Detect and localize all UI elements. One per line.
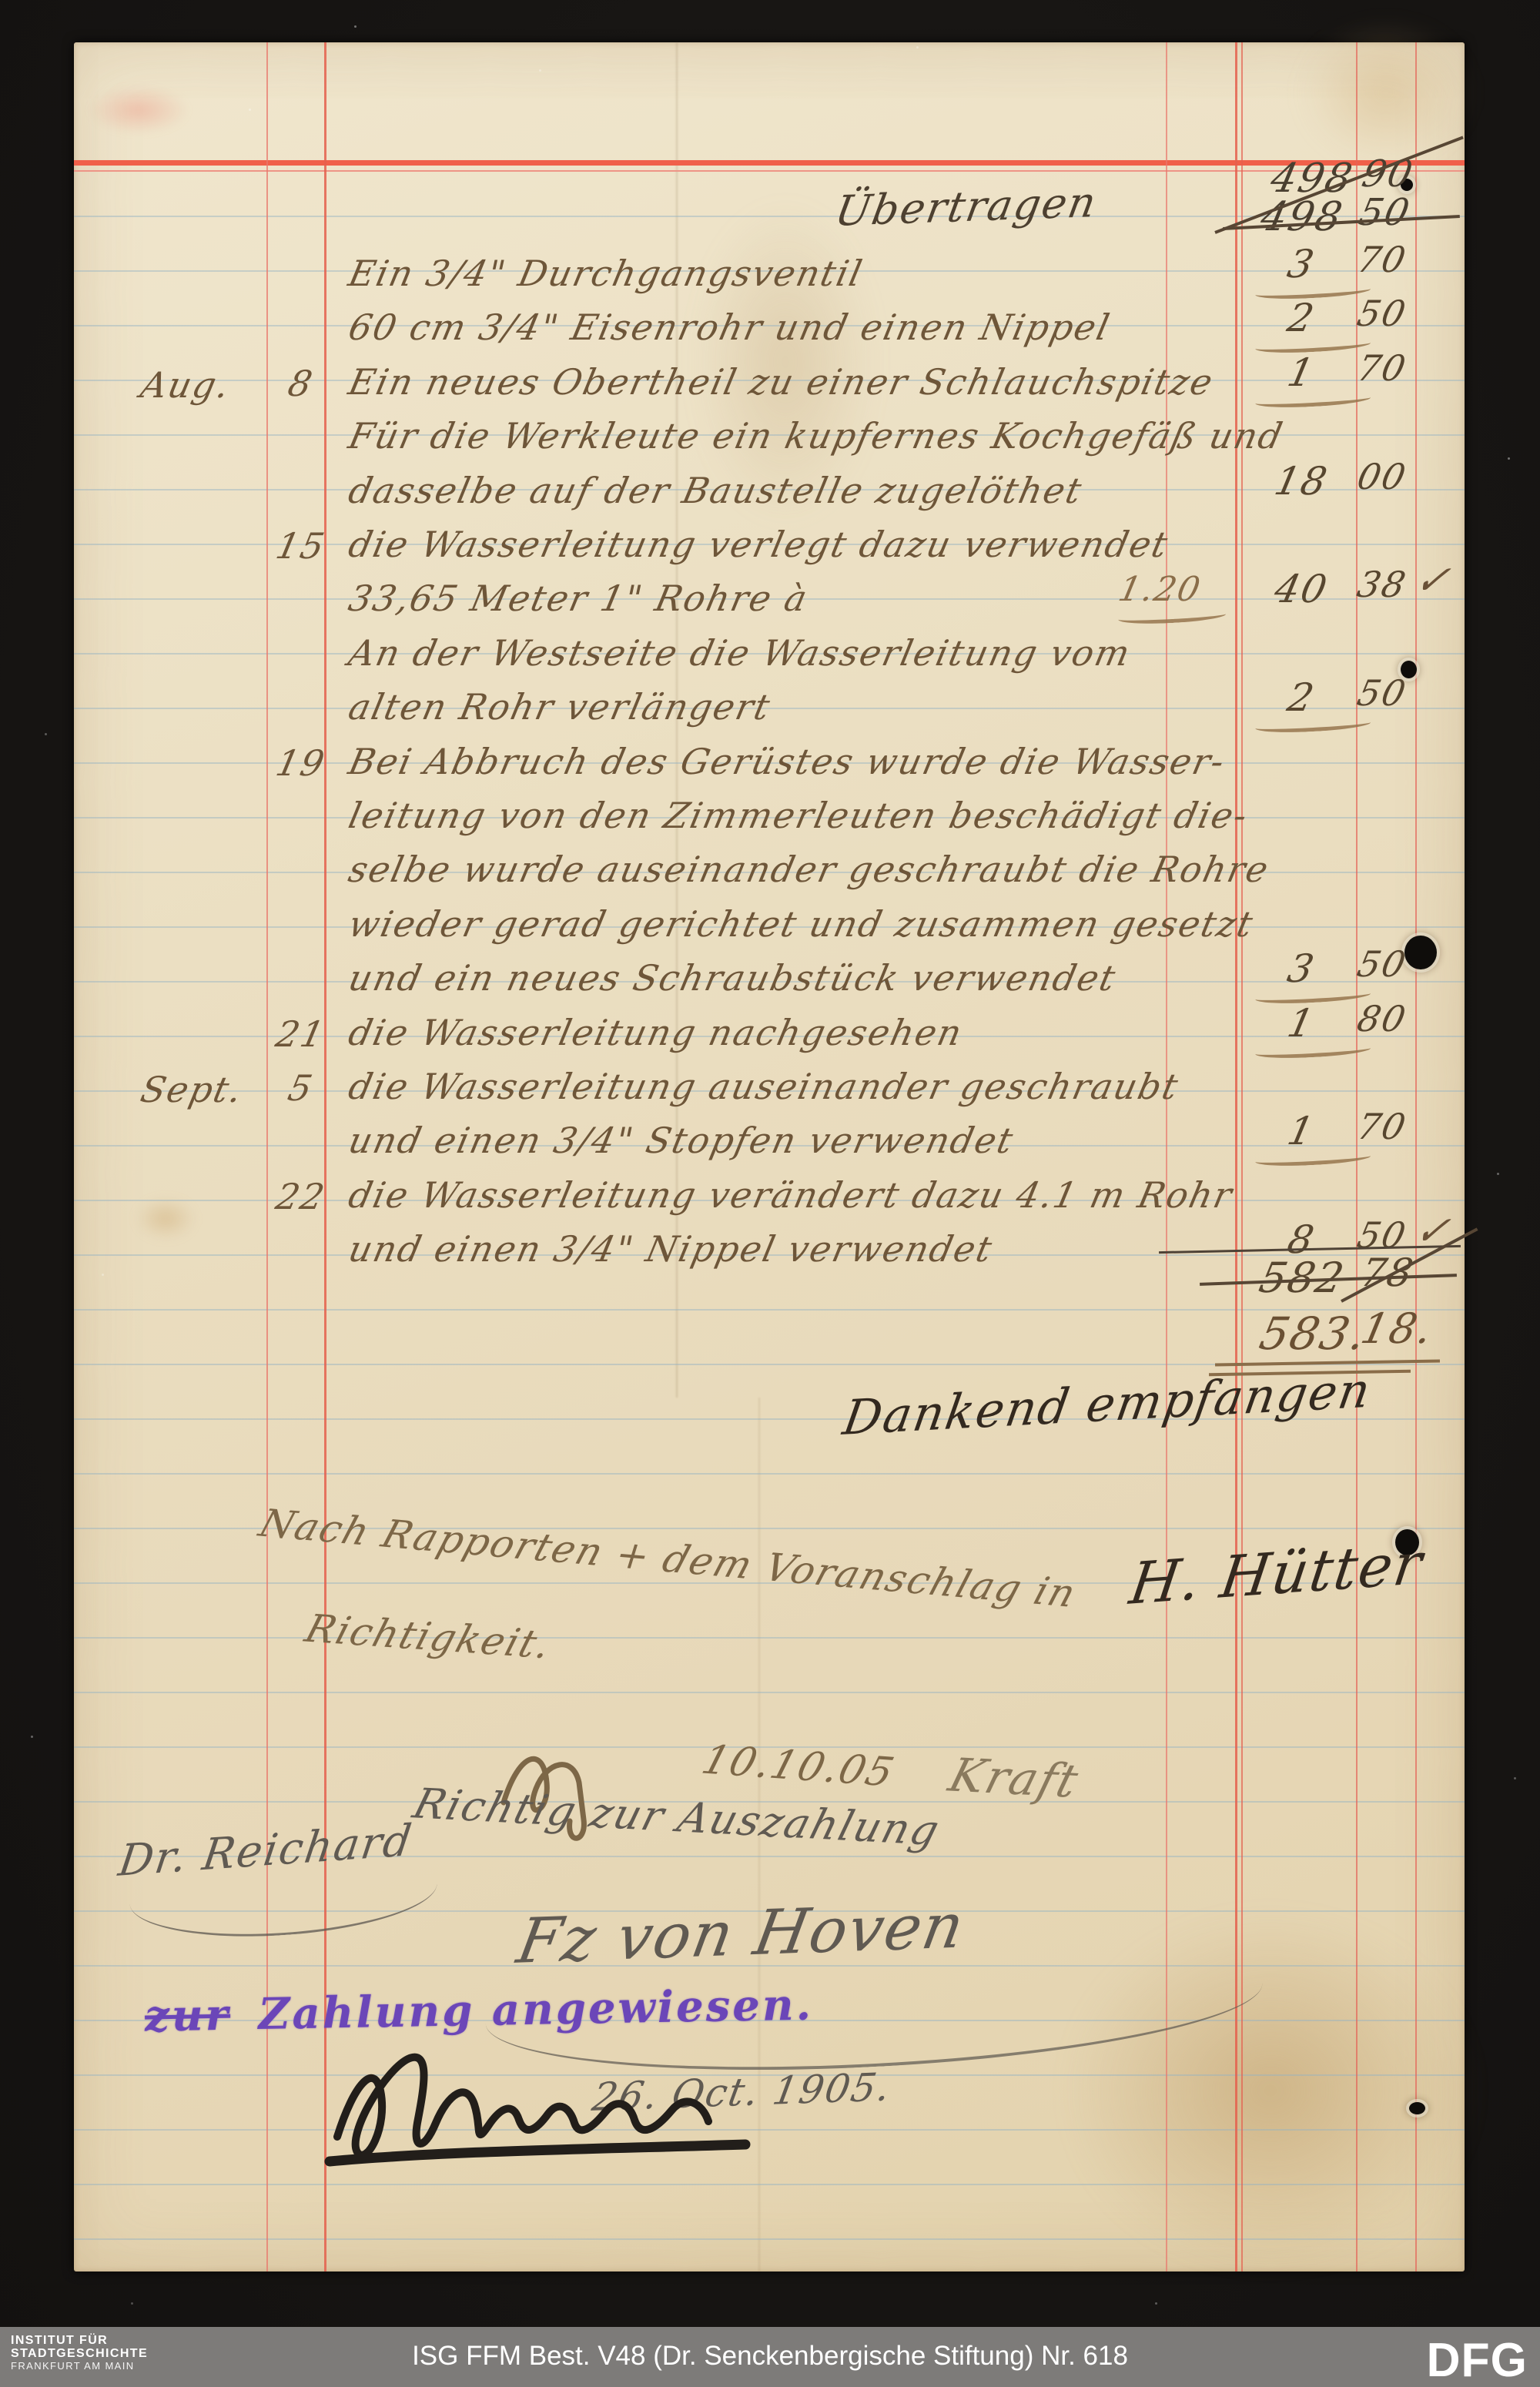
ledger-entry-text: alten Rohr verlängert [345, 686, 775, 728]
ledger-entry-text: die Wasserleitung nachgesehen [345, 1012, 966, 1053]
ledger-amount-units: 40 [1260, 567, 1343, 611]
ledger-amount-units: 2 [1260, 675, 1343, 720]
total-units: 583. [1255, 1307, 1372, 1360]
ink-paraph-signature [323, 2037, 755, 2191]
punch-hole-3 [1404, 936, 1437, 969]
scan-stage: Übertragen 498 90 498 50 Ein 3/4" Durchg… [0, 0, 1540, 2387]
ledger-entry-text: Bei Abbruch des Gerüstes wurde die Wasse… [345, 741, 1230, 782]
ledger-entry-text: die Wasserleitung auseinander geschraubt [345, 1066, 1183, 1107]
total-cents: 18. [1357, 1304, 1438, 1353]
stamp-text: Zahlung angewiesen. [258, 1979, 814, 2040]
ledger-entry-text: selbe wurde auseinander geschraubt die R… [345, 849, 1274, 890]
ledger-unit-price: 1.20 [1115, 570, 1205, 609]
ledger-entry-text: Ein neues Obertheil zu einer Schlauchspi… [345, 361, 1217, 403]
ledger-amount-cents: 70 [1354, 347, 1411, 389]
head-rule-thin [74, 170, 1465, 172]
punch-hole-5 [1409, 2102, 1425, 2114]
ledger-day: 5 [268, 1067, 333, 1109]
edge-rule [1415, 42, 1417, 2271]
ledger-amount-units: 3 [1260, 242, 1343, 286]
ledger-amount-units: 2 [1260, 296, 1343, 340]
ledger-amount-cents: 50 [1354, 943, 1411, 985]
ledger-entry-text: die Wasserleitung verlegt dazu verwendet [345, 524, 1173, 565]
ledger-day: 22 [268, 1176, 333, 1217]
ledger-amount-cents: 70 [1354, 239, 1411, 280]
ledger-entry-text: Ein 3/4" Durchgangsventil [345, 253, 867, 294]
carryover-label: Übertragen [832, 178, 1101, 236]
ledger-entry-text: 60 cm 3/4" Eisenrohr und einen Nippel [345, 306, 1114, 348]
ledger-day: 8 [268, 363, 333, 404]
ledger-entry-text: und einen 3/4" Nippel verwendet [345, 1228, 997, 1270]
stamp-word-struck: zur [144, 1990, 230, 2042]
ledger-entry-text: Für die Werkleute ein kupfernes Kochgefä… [345, 415, 1287, 457]
ledger-month: Aug. [137, 364, 234, 406]
ledger-amount-units: 3 [1260, 946, 1343, 991]
archive-reference: ISG FFM Best. V48 (Dr. Senckenbergische … [0, 2341, 1540, 2372]
ledger-amount-units: 1 [1260, 1109, 1343, 1153]
ledger-entry-text: dasselbe auf der Baustelle zugelöthet [345, 470, 1086, 511]
scanner-dust-specks [354, 25, 357, 28]
ledger-amount-cents: 00 [1354, 456, 1411, 497]
ledger-amount-units: 1 [1260, 1001, 1343, 1046]
ledger-amount-cents: 50 [1354, 293, 1411, 334]
ledger-amount-cents: 38 [1354, 564, 1411, 605]
head-rule-thick [74, 160, 1465, 166]
ledger-amount-cents: 50 [1354, 672, 1411, 714]
ledger-amount-units: 18 [1260, 459, 1343, 504]
ledger-entry-text: und einen 3/4" Stopfen verwendet [345, 1120, 1018, 1161]
ledger-amount-units: 1 [1260, 350, 1343, 395]
kraft-signature: Kraft [943, 1749, 1085, 1809]
ledger-day: 15 [268, 525, 333, 567]
ledger-entry-text: 33,65 Meter 1" Rohre à [345, 577, 812, 619]
ledger-entry-text: wieder gerad gerichtet und zusammen gese… [345, 903, 1257, 945]
ledger-entry-text: die Wasserleitung verändert dazu 4.1 m R… [345, 1174, 1237, 1216]
carryover-old-units: 498 [1257, 194, 1347, 240]
ledger-day: 19 [268, 742, 333, 784]
amount-rule-double-a [1235, 42, 1237, 2271]
dfg-logo: DFG [1427, 2333, 1528, 2387]
ledger-entry-text: und ein neues Schraubstück verwendet [345, 957, 1120, 999]
archive-footer-bar: INSTITUT FÜR STADTGESCHICHTE FRANKFURT A… [0, 2327, 1540, 2387]
ledger-entry-text: An der Westseite die Wasserleitung vom [345, 632, 1135, 674]
carryover-old-cents: 50 [1355, 191, 1414, 234]
ledger-amount-cents: 70 [1354, 1106, 1411, 1147]
ledger-amount-cents: 80 [1354, 998, 1411, 1039]
ledger-day: 21 [268, 1013, 333, 1055]
ledger-entry-text: leitung von den Zimmerleuten beschädigt … [345, 795, 1252, 836]
margin-rule-left-outer [266, 42, 268, 2271]
amount-rule-double-b [1241, 42, 1243, 2271]
ledger-month: Sept. [137, 1069, 247, 1110]
